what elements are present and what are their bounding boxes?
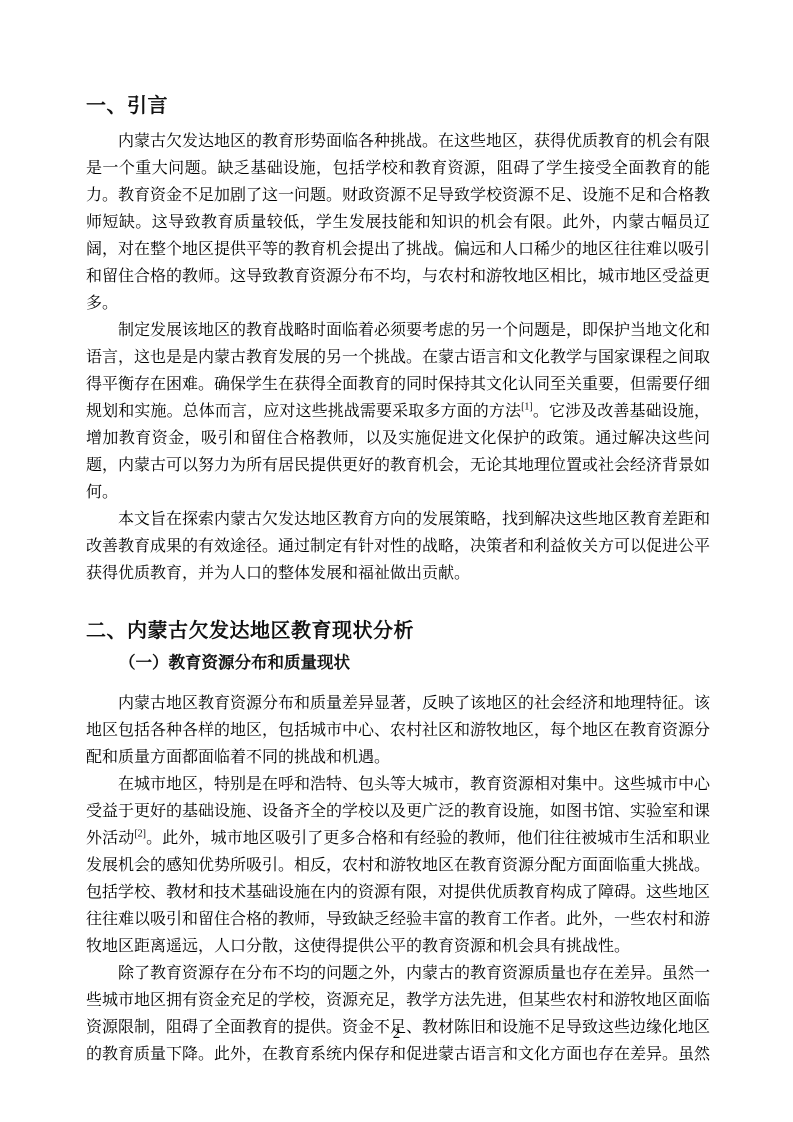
paragraph-intro-culture-language: 制定发展该地区的教育战略时面临着必须要考虑的另一个问题是，即保护当地文化和语言，…: [86, 317, 710, 506]
footnote-ref-2: [2]: [134, 829, 146, 840]
section-heading-status-analysis: 二、内蒙古欠发达地区教育现状分析: [86, 619, 710, 643]
paragraph-intro-purpose: 本文旨在探索内蒙古欠发达地区教育方向的发展策略，找到解决这些地区教育差距和改善教…: [86, 506, 710, 587]
paragraph-status-quality-gap: 除了教育资源存在分布不均的问题之外，内蒙古的教育资源质量也存在差异。虽然一些城市…: [86, 960, 710, 1068]
paragraph-text-after-ref: 。此外，城市地区吸引了更多合格和有经验的教师，他们往往被城市生活和职业发展机会的…: [86, 830, 710, 955]
section-heading-introduction: 一、引言: [86, 94, 710, 118]
page-content: 一、引言 内蒙古欠发达地区的教育形势面临各种挑战。在这些地区，获得优质教育的机会…: [86, 94, 710, 1068]
paragraph-status-overview: 内蒙古地区教育资源分布和质量差异显著，反映了该地区的社会经济和地理特征。该地区包…: [86, 690, 710, 771]
footnote-ref-1: [1]: [521, 402, 533, 413]
subsection-heading-resource-distribution: （一）教育资源分布和质量现状: [86, 652, 710, 674]
document-page: 一、引言 内蒙古欠发达地区的教育形势面临各种挑战。在这些地区，获得优质教育的机会…: [0, 0, 793, 1122]
page-number: 2: [0, 1024, 793, 1044]
paragraph-intro-challenges: 内蒙古欠发达地区的教育形势面临各种挑战。在这些地区，获得优质教育的机会有限是一个…: [86, 128, 710, 317]
paragraph-status-urban-rural: 在城市地区，特别是在呼和浩特、包头等大城市，教育资源相对集中。这些城市中心受益于…: [86, 771, 710, 960]
